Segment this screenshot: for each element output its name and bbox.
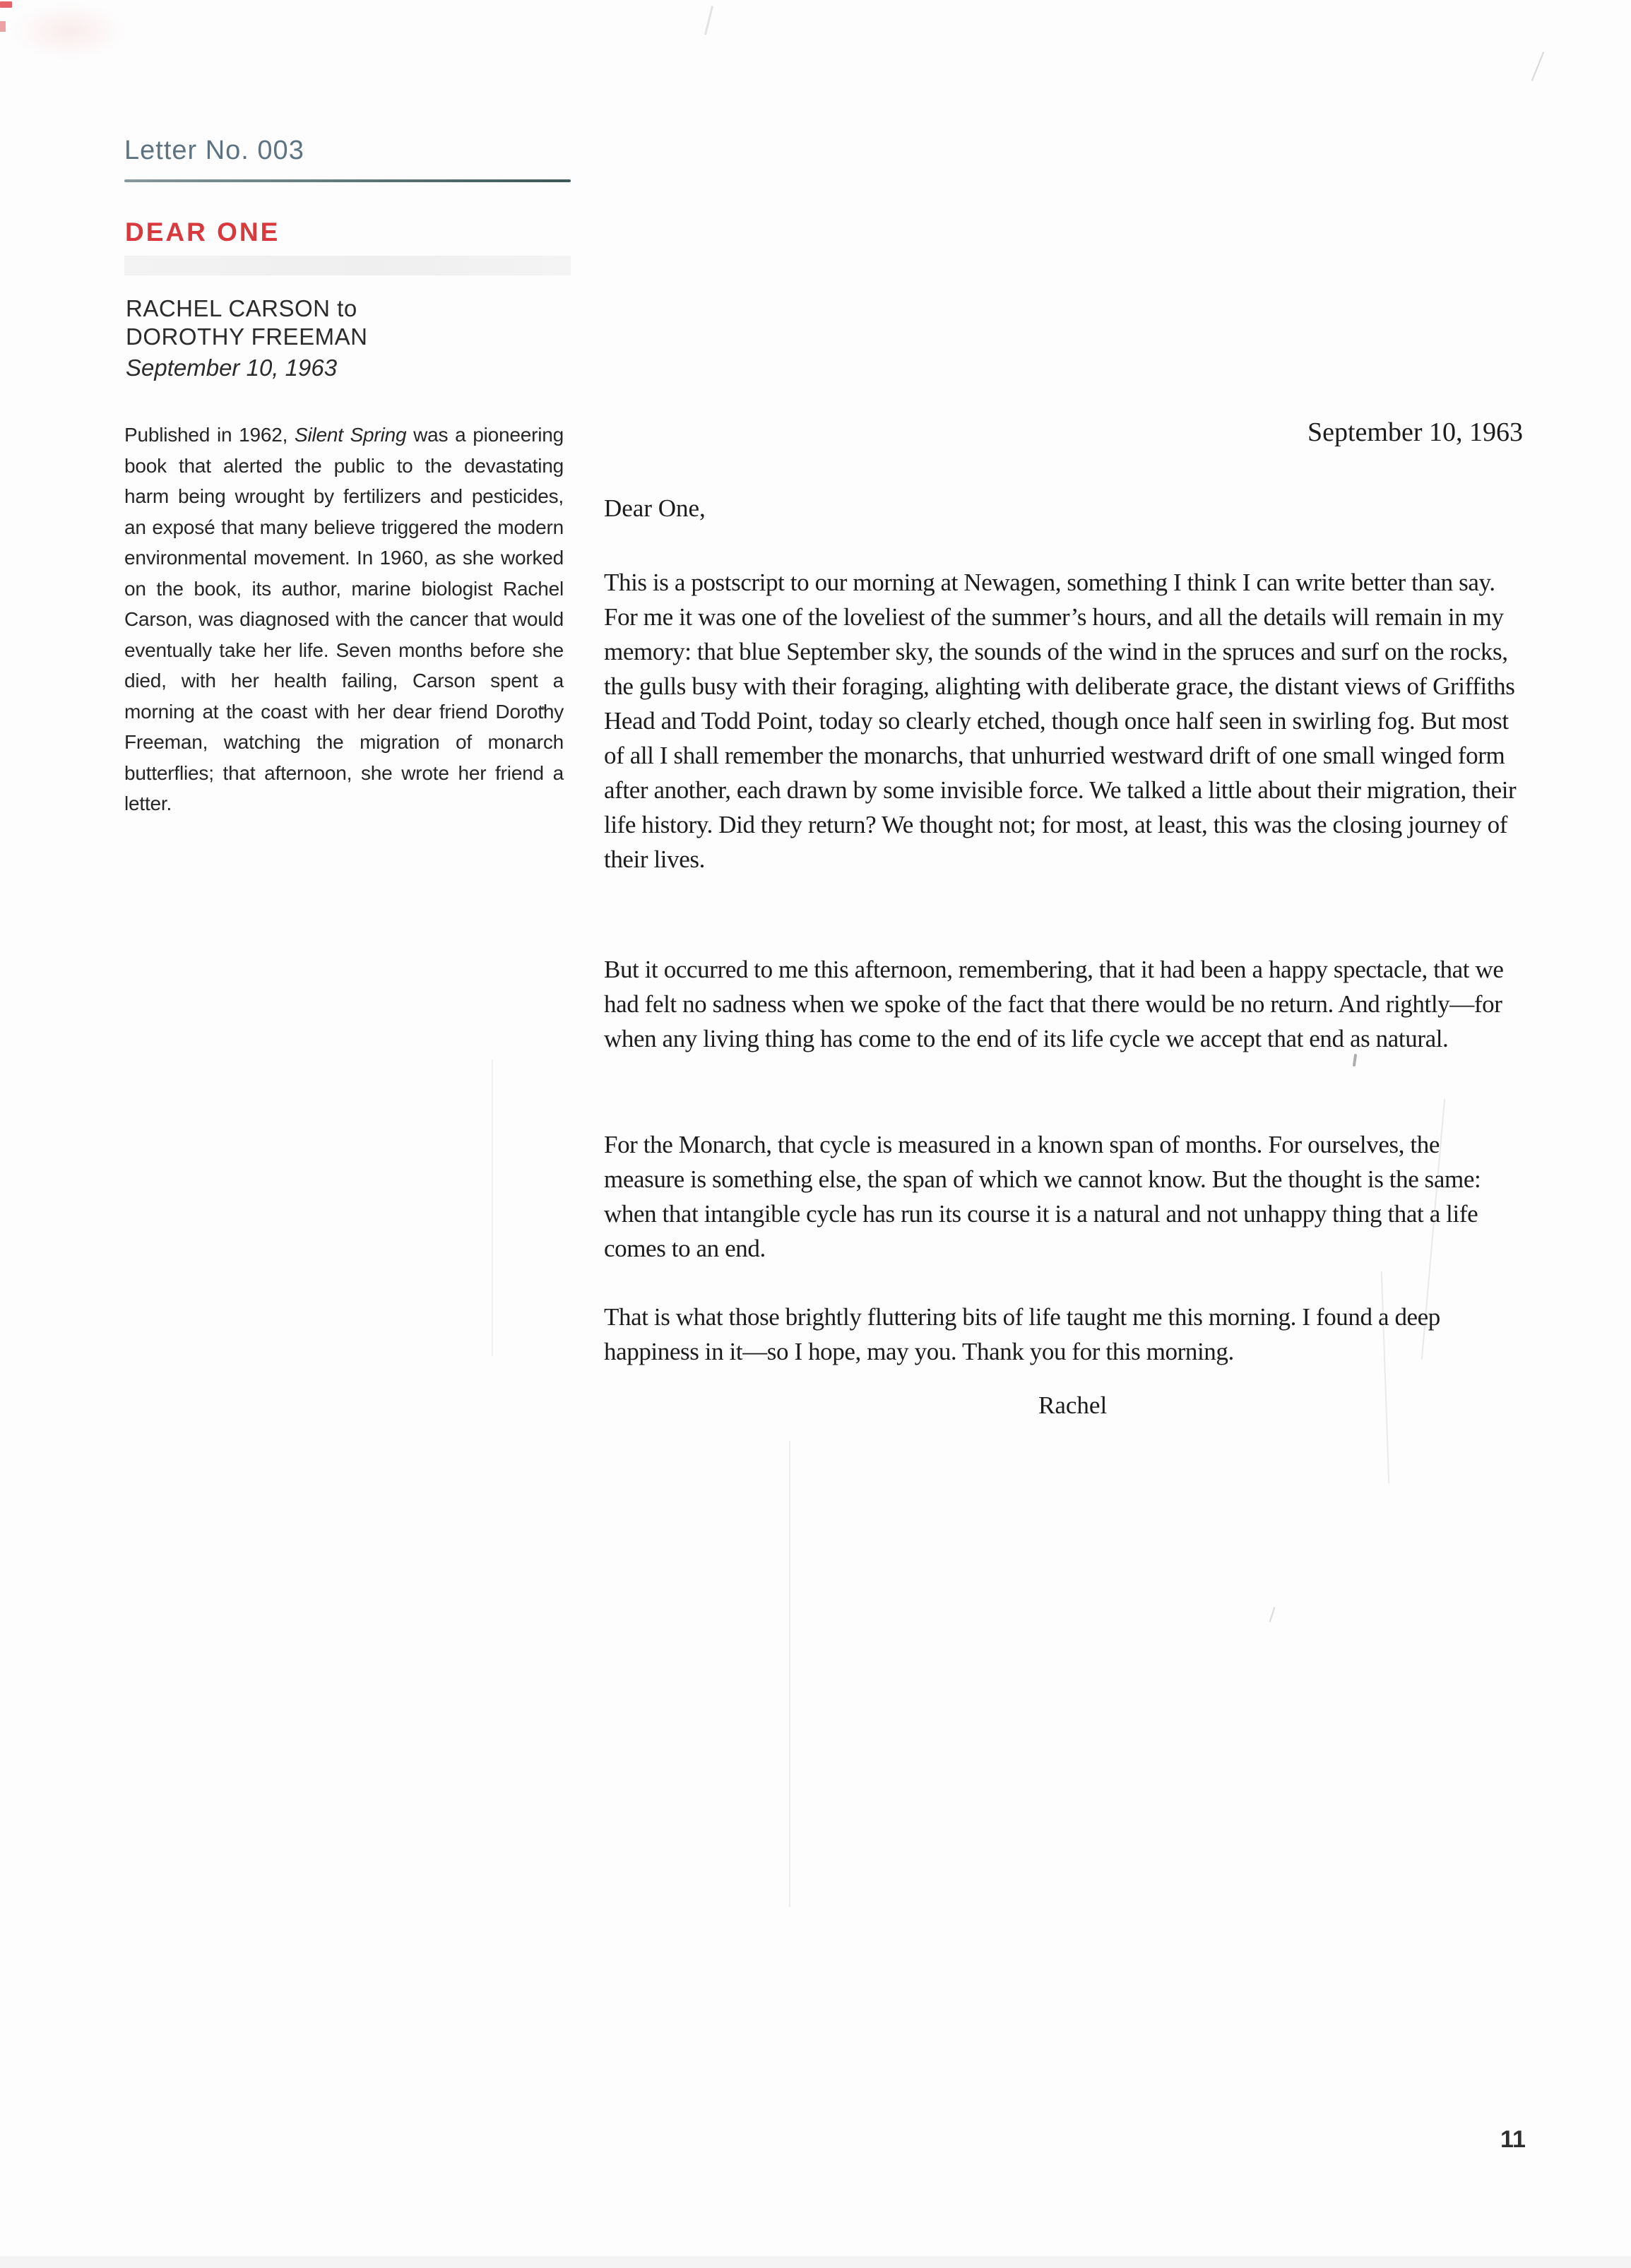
book-title-italic: Silent Spring [295,424,406,446]
letter-salutation: Dear One, [604,494,706,523]
scan-highlight-band [124,256,571,275]
letter-paragraph-1: This is a postscript to our morning at N… [604,565,1519,877]
intro-text-after: was a pioneering book that alerted the p… [124,424,564,814]
page-title: DEAR ONE [125,218,280,247]
header-rule [124,179,571,182]
scan-edge-shadow [0,2256,1631,2268]
page-number: 11 [1500,2126,1526,2154]
letter-number-label: Letter No. 003 [124,136,304,166]
scan-artifact-mark [1531,52,1544,81]
scan-artifact-crease [789,1441,790,1907]
attribution-recipient: DOROTHY FREEMAN [126,323,367,350]
book-page: Letter No. 003 DEAR ONE RACHEL CARSON to… [0,0,1631,2268]
scan-artifact-crease [492,1059,493,1356]
attribution-from-to: RACHEL CARSON to [126,295,357,322]
attribution-date: September 10, 1963 [126,355,337,381]
scan-artifact-red-mark [0,21,6,32]
scan-artifact-smudge [13,3,126,59]
scan-artifact-mark [1269,1607,1276,1622]
letter-paragraph-4: That is what those brightly fluttering b… [604,1300,1519,1369]
letter-date: September 10, 1963 [1307,417,1523,448]
scan-artifact-red-mark [0,1,12,8]
letter-paragraph-2: But it occurred to me this afternoon, re… [604,952,1519,1056]
sidebar-introduction: Published in 1962, Silent Spring was a p… [124,420,564,819]
scan-artifact-mark [704,6,713,35]
letter-signature: Rachel [1038,1391,1107,1420]
letter-paragraph-3: For the Monarch, that cycle is measured … [604,1127,1519,1266]
intro-text-before: Published in 1962, [124,424,295,446]
